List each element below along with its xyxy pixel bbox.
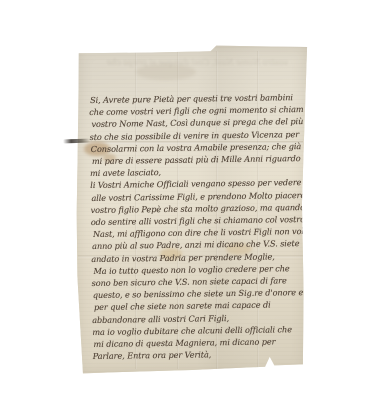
ink-bleedthrough: vostro Nome Nast, Così dunque si prega c… <box>106 58 288 67</box>
letter-line: Parlare, Entra ora per Verità, <box>93 347 307 362</box>
letter-photo: vostro Nome Nast, Così dunque si prega c… <box>0 0 380 420</box>
letter-paper: vostro Nome Nast, Così dunque si prega c… <box>76 44 308 376</box>
handwritten-letter-text: Si, Avrete pure Pietà per questi tre vos… <box>89 91 307 362</box>
